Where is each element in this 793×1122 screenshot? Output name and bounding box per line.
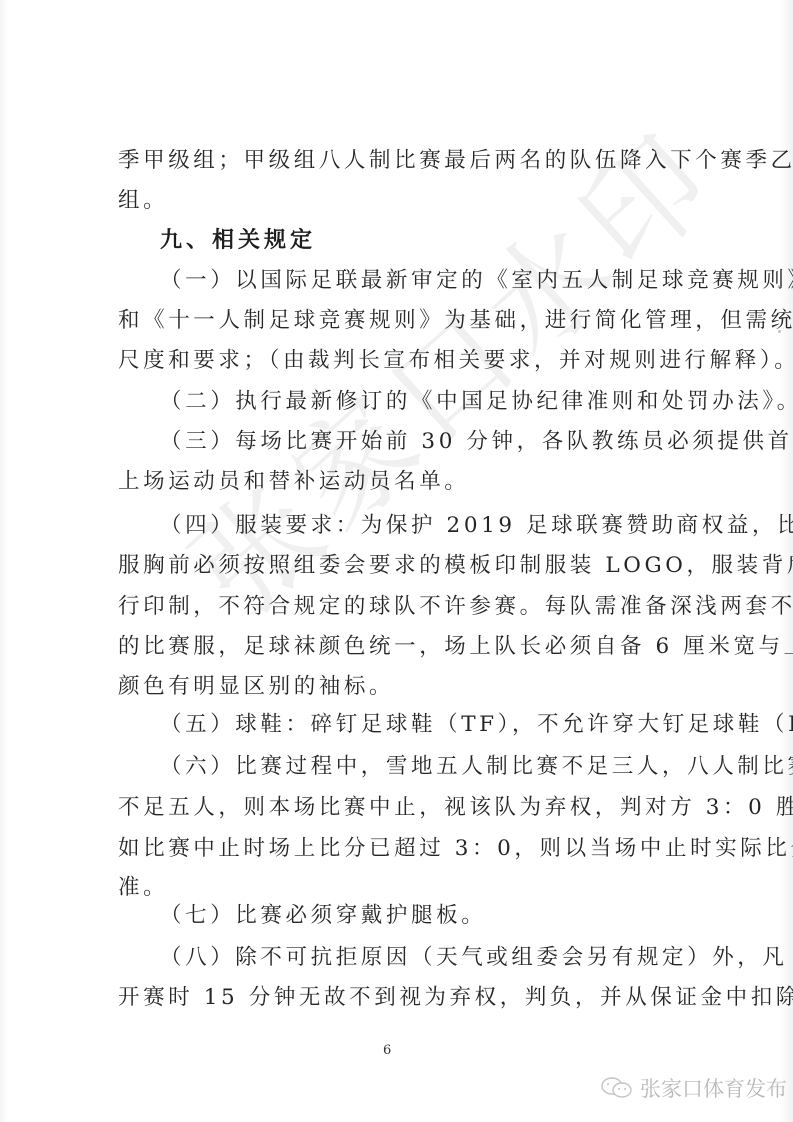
document-page: 张家口水印 季甲级组；甲级组八人制比赛最后两名的队伍降入下个赛季乙级 组。 九、… — [0, 0, 793, 1122]
footer-brand-label: 张家口体育发布 — [640, 1073, 787, 1103]
paragraph-line: 颜色有明显区别的袖标。 — [118, 672, 704, 702]
paragraph-line: 和《十一人制足球竞赛规则》为基础，进行简化管理，但需统一 — [118, 306, 704, 336]
page-number: 6 — [383, 1043, 391, 1058]
paragraph-line: （六）比赛过程中，雪地五人制比赛不足三人，八人制比赛 — [160, 752, 704, 782]
paragraph-line: 不足五人，则本场比赛中止，视该队为弃权，判对方 3：0 胜； — [118, 793, 704, 823]
paragraph-line: 准。 — [118, 873, 704, 903]
paragraph-line: 尺度和要求；（由裁判长宣布相关要求，并对规则进行解释）。 — [118, 346, 704, 376]
paragraph-line: （三）每场比赛开始前 30 分钟，各队教练员必须提供首发 — [160, 427, 704, 457]
paragraph-line: 服胸前必须按照组委会要求的模板印制服装 LOGO，服装背后可自 — [118, 551, 704, 581]
paragraph-line: 上场运动员和替补运动员名单。 — [118, 467, 704, 497]
section-heading: 九、相关规定 — [160, 226, 316, 256]
paragraph-line: （一）以国际足联最新审定的《室内五人制足球竞赛规则》 — [160, 266, 704, 296]
paragraph-line: （八）除不可抗拒原因（天气或组委会另有规定）外，凡 — [160, 943, 704, 973]
paragraph-line: （五）球鞋：碎钉足球鞋（TF），不允许穿大钉足球鞋（FG）。 — [160, 710, 704, 740]
paragraph-line: （四）服装要求：为保护 2019 足球联赛赞助商权益，比赛 — [160, 511, 704, 541]
footer-brand: 张家口体育发布 — [600, 1073, 787, 1103]
paragraph-line: 开赛时 15 分钟无故不到视为弃权，判负，并从保证金中扣除 200 — [118, 983, 704, 1013]
paragraph-line: （七）比赛必须穿戴护腿板。 — [160, 901, 704, 931]
scan-speck — [778, 330, 781, 333]
paragraph-line: （二）执行最新修订的《中国足协纪律准则和处罚办法》。 — [160, 387, 704, 417]
paragraph-line: 季甲级组；甲级组八人制比赛最后两名的队伍降入下个赛季乙级 — [118, 146, 704, 176]
wechat-icon — [600, 1075, 634, 1101]
paragraph-line: 的比赛服，足球袜颜色统一，场上队长必须自备 6 厘米宽与上衣 — [118, 632, 704, 662]
paragraph-line: 行印制，不符合规定的球队不许参赛。每队需准备深浅两套不同 — [118, 592, 704, 622]
paragraph-line: 组。 — [118, 186, 704, 216]
paragraph-line: 如比赛中止时场上比分已超过 3：0，则以当场中止时实际比分为 — [118, 834, 704, 864]
scan-speck — [778, 285, 781, 288]
